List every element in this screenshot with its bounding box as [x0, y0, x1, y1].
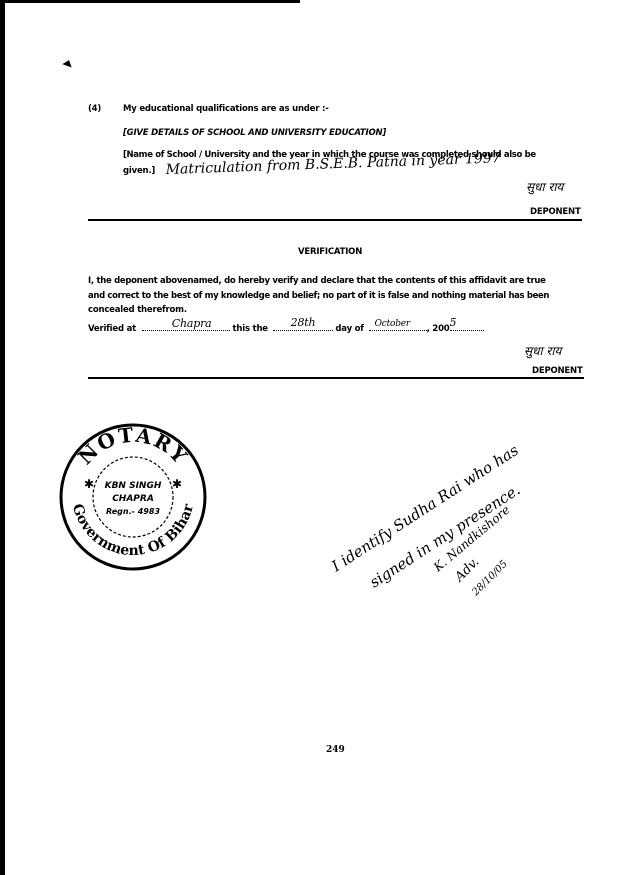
svg-text:KBN SINGH: KBN SINGH: [105, 481, 162, 491]
day-of-value: October: [375, 319, 410, 329]
scan-border-left: [0, 0, 5, 875]
this-the-value: 28th: [291, 316, 316, 329]
verification-title: VERIFICATION: [298, 247, 362, 257]
verified-at-value: Chapra: [172, 317, 212, 330]
svg-text:✱: ✱: [172, 477, 182, 491]
divider-rule-1: [88, 219, 582, 221]
page-number: 249: [326, 745, 345, 755]
svg-text:NOTARY: NOTARY: [73, 423, 193, 470]
verification-line3: concealed therefrom.: [88, 305, 187, 315]
qualifications-instruction: [GIVE DETAILS OF SCHOOL AND UNIVERSITY E…: [123, 128, 386, 138]
deponent-signature-2: सुधा राय: [524, 342, 561, 359]
verified-at-row: Verified at Chapra this the 28th day of …: [88, 324, 484, 334]
year-prefix: 200: [432, 324, 449, 334]
this-the-label: this the: [233, 324, 268, 334]
verified-at-label: Verified at: [88, 324, 136, 334]
qualifications-note-line2: given.]: [123, 166, 155, 176]
deponent-signature-1: सुधा राय: [526, 178, 563, 195]
year-field: 5: [450, 330, 484, 331]
this-the-field: 28th: [273, 330, 333, 331]
verified-at-field: Chapra: [142, 330, 230, 331]
day-of-label: day of: [335, 324, 363, 334]
verification-line2: and correct to the best of my knowledge …: [88, 291, 549, 301]
deponent-label-2: DEPONENT: [532, 366, 583, 376]
notary-stamp: NOTARY Government Of Bihar ✱ ✱ KBN SINGH…: [58, 422, 208, 572]
svg-text:Regn.- 4983: Regn.- 4983: [106, 507, 160, 516]
scan-border-top: [0, 0, 300, 3]
svg-text:✱: ✱: [84, 477, 94, 491]
advocate-identification-note: I identify Sudha Rai who has signed in m…: [330, 420, 570, 600]
section-number: (4): [88, 104, 101, 114]
scan-artifact-mark: [62, 58, 73, 67]
day-of-field: October: [369, 330, 427, 331]
year-value: 5: [450, 316, 457, 329]
svg-text:CHAPRA: CHAPRA: [112, 494, 154, 504]
deponent-label-1: DEPONENT: [530, 207, 581, 217]
verification-line1: I, the deponent abovenamed, do hereby ve…: [88, 276, 546, 286]
divider-rule-2: [88, 377, 584, 379]
qualifications-heading: My educational qualifications are as und…: [123, 104, 329, 114]
